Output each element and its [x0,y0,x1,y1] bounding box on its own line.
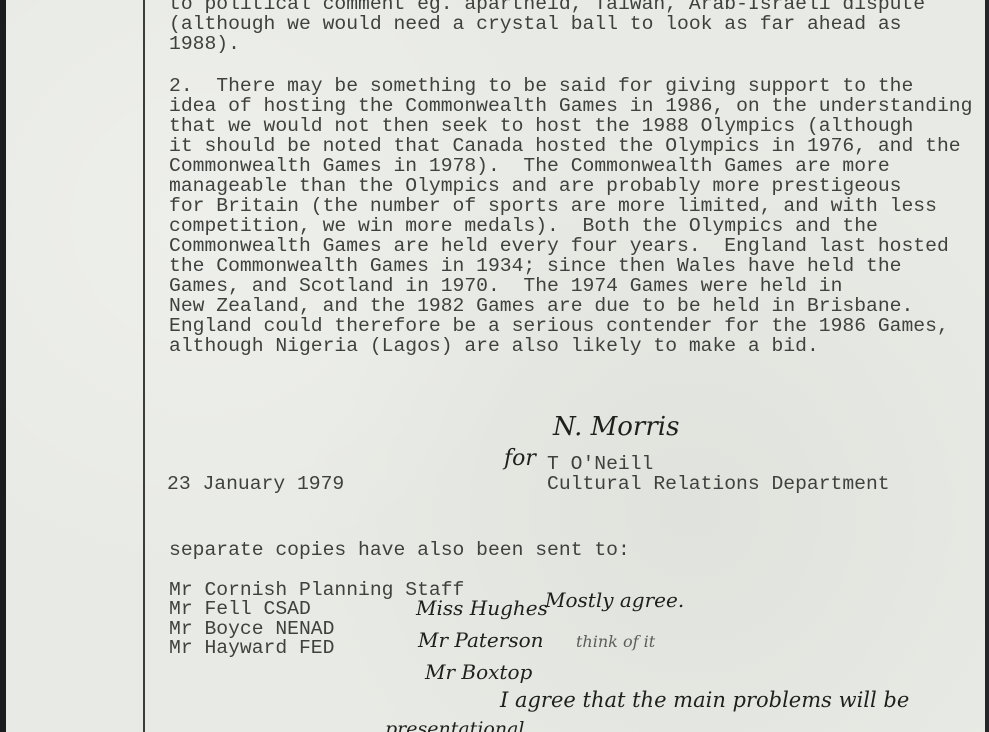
copies-recipient: Mr Boyce NENAD [169,619,334,639]
para2-line: it should be noted that Canada hosted th… [169,136,961,156]
scan-edge-right [985,0,989,732]
handwritten-annotation: Mostly agree. [545,588,684,612]
para2-line: New Zealand, and the 1982 Games are due … [169,296,913,316]
copies-recipient: Mr Hayward FED [169,638,334,658]
signatory-name: T O'Neill [547,454,653,474]
para1-line-2: (although we would need a crystal ball t… [169,14,902,34]
copies-recipient: Mr Fell CSAD [169,599,311,619]
copies-heading: separate copies have also been sent to: [169,540,630,560]
para2-line: 2. There may be something to be said for… [169,76,913,96]
para2-line: Games, and Scotland in 1970. The 1974 Ga… [169,276,842,296]
signatory-department: Cultural Relations Department [547,474,890,494]
para2-line: Commonwealth Games are held every four y… [169,236,949,256]
handwritten-annotation: I agree that the main problems will be [500,688,909,712]
scanned-document-page: to political comment eg. apartheid, Taiw… [0,0,989,732]
para2-line: that we would not then seek to host the … [169,116,913,136]
para2-line: the Commonwealth Games in 1934; since th… [169,256,902,276]
para1-line-3: 1988). [169,34,240,54]
handwritten-annotation: presentational ... [385,718,549,732]
handwritten-annotation: Mr Paterson [418,628,544,652]
para2-line: idea of hosting the Commonwealth Games i… [169,96,972,116]
para2-line: manageable than the Olympics and are pro… [169,176,902,196]
para2-line: Commonwealth Games in 1978). The Commonw… [169,156,890,176]
para2-line: although Nigeria (Lagos) are also likely… [169,336,819,356]
handwritten-annotation: Mr Boxtop [425,660,532,684]
para2-line: for Britain (the number of sports are mo… [169,196,937,216]
document-date: 23 January 1979 [167,474,344,494]
handwritten-annotation: Miss Hughes [416,596,548,620]
handwritten-annotation: think of it [576,632,655,651]
handwritten-for: for [504,446,536,471]
para2-line: competition, we win more medals). Both t… [169,216,878,236]
handwritten-signature: N. Morris [553,412,679,442]
margin-rule [143,0,145,732]
scan-edge-left [0,0,6,732]
para1-line-1: to political comment eg. apartheid, Taiw… [169,0,925,14]
para2-line: England could therefore be a serious con… [169,316,949,336]
